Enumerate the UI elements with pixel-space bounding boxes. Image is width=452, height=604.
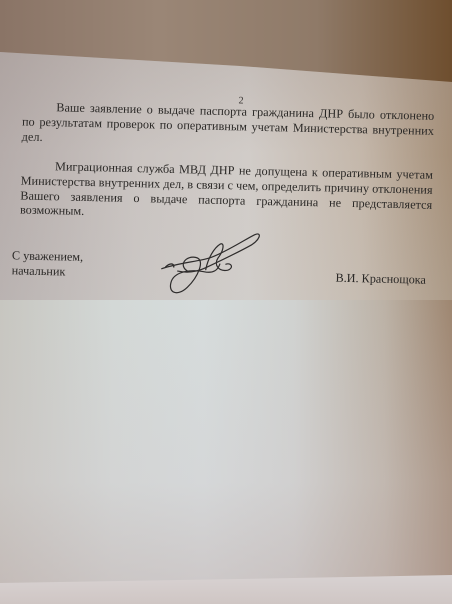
closing-block: С уважением, начальник — [12, 248, 84, 279]
letter-body: 2 Ваше заявление о выдаче паспорта гражд… — [0, 0, 452, 604]
paragraph-explanation: Миграционная служба МВД ДНР не допущена … — [20, 158, 433, 227]
closing-salutation: С уважением, — [12, 248, 83, 264]
signer-name: В.И. Краснощока — [335, 271, 426, 288]
paragraph-rejection: Ваше заявление о выдаче паспорта граждан… — [22, 100, 435, 154]
closing-title: начальник — [12, 263, 83, 279]
signature-icon — [147, 226, 269, 305]
